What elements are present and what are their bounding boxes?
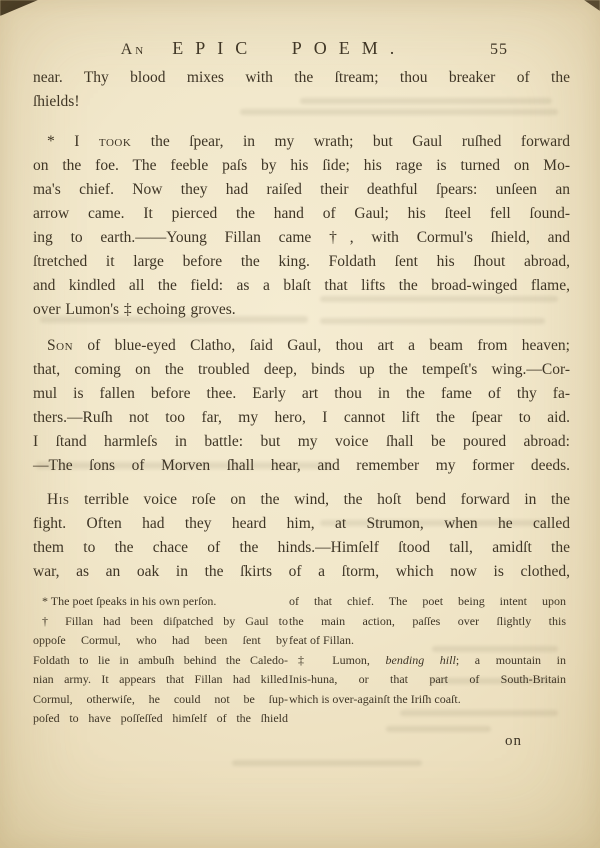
bleedthrough-text: [386, 726, 491, 732]
footnote-line: † Fillan had been diſpatched by Gaul to: [33, 612, 288, 632]
paragraph-2: * I took the ſpear, in my wrath; but Gau…: [33, 130, 570, 322]
bleedthrough-text: [232, 760, 422, 766]
text-line: on the foe. The feeble paſs by his ſide;…: [33, 154, 570, 178]
text-line: His terrible voice roſe on the wind, the…: [33, 488, 570, 512]
paragraph-3: Son of blue-eyed Clatho, ſaid Gaul, thou…: [33, 334, 570, 478]
text-line: mul is fallen before thee. Early art tho…: [33, 382, 570, 406]
footnote-line: oppoſe Cormul, who had been ſent by: [33, 631, 288, 651]
footnote-line: Foldath to lie in ambuſh behind the Cale…: [33, 651, 288, 671]
text-line: ing to earth.——Young Fillan came †, with…: [33, 226, 570, 250]
text-line: * I took the ſpear, in my wrath; but Gau…: [33, 130, 570, 154]
footnote-line: the main action, paſſes over ſlightly th…: [289, 612, 566, 632]
catchword: on: [505, 733, 522, 750]
footnote-line: of that chief. The poet being intent upo…: [289, 592, 566, 612]
footnote-line: Cormul, otherwiſe, he could not be ſup-: [33, 690, 288, 710]
footnote-line: which is over-againſt the Iriſh coaſt.: [289, 690, 566, 710]
footnote-line: Inis-huna, or that part of South-Britain: [289, 670, 566, 690]
text-line: over Lumon's ‡ echoing groves.: [33, 298, 570, 322]
header-article: An: [121, 41, 147, 58]
text-segment: the ſpear, in my wrath; but Gaul ruſhed …: [131, 133, 570, 150]
small-caps-word: took: [99, 133, 131, 150]
text-line: near. Thy blood mixes with the ſtream; t…: [33, 66, 570, 90]
text-line: them to the chace of the hinds.—Himſelf …: [33, 536, 570, 560]
text-line: ſtretched it large before the king. Fold…: [33, 250, 570, 274]
footnote-line: ‡ Lumon, bending hill; a mountain in: [289, 651, 566, 671]
footnote-line: * The poet ſpeaks in his own perſon.: [33, 592, 288, 612]
text-line: Son of blue-eyed Clatho, ſaid Gaul, thou…: [33, 334, 570, 358]
running-header: AnEPIC POEM. 55: [33, 38, 570, 66]
text-segment: terrible voice roſe on the wind, the hoſ…: [69, 491, 570, 508]
small-caps-word: Son: [47, 337, 73, 354]
page-number: 55: [490, 41, 508, 59]
text-line: that, coming on the troubled deep, binds…: [33, 358, 570, 382]
page-corner-shadow-top-right: [584, 0, 600, 11]
text-line: thers.—Ruſh not too far, my hero, I cann…: [33, 406, 570, 430]
text-line: fight. Often had they heard him, at Stru…: [33, 512, 570, 536]
footnote-column-left: * The poet ſpeaks in his own perſon. † F…: [33, 592, 288, 729]
text-line: war, as an oak in the ſkirts of a ſtorm,…: [33, 560, 570, 584]
footnote-dagger-label: ‡ Lumon,: [298, 653, 386, 667]
paragraph-4: His terrible voice roſe on the wind, the…: [33, 488, 570, 584]
text-segment: ; a mountain in: [456, 653, 566, 667]
bleedthrough-text: [400, 710, 558, 716]
footnote-line: feat of Fillan.: [289, 631, 566, 651]
text-segment: of blue-eyed Clatho, ſaid Gaul, thou art…: [73, 337, 570, 354]
small-caps-word: His: [47, 491, 69, 508]
paragraph-1: near. Thy blood mixes with the ſtream; t…: [33, 66, 570, 114]
page-corner-shadow-top-left: [0, 0, 38, 16]
footnote-asterisk-reference: * I: [47, 133, 99, 150]
text-line: ma's chief. Now they had raiſed their de…: [33, 178, 570, 202]
text-line: I ſtand harmleſs in battle: but my voice…: [33, 430, 570, 454]
footnote-line: poſed to have poſſeſſed himſelf of the ſ…: [33, 709, 288, 729]
italic-gloss: bending hill: [386, 653, 456, 667]
text-line: ſhields!: [33, 90, 570, 114]
book-page-scan: AnEPIC POEM. 55 near. Thy blood mixes wi…: [0, 0, 600, 848]
text-line: —The ſons of Morven ſhall hear, and reme…: [33, 454, 570, 478]
footnote-line: nian army. It appears that Fillan had ki…: [33, 670, 288, 690]
text-line: and kindled all the field: as a blaſt th…: [33, 274, 570, 298]
footnote-column-right: of that chief. The poet being intent upo…: [289, 592, 566, 709]
page-title: EPIC POEM.: [172, 38, 406, 58]
text-line: arrow came. It pierced the hand of Gaul;…: [33, 202, 570, 226]
